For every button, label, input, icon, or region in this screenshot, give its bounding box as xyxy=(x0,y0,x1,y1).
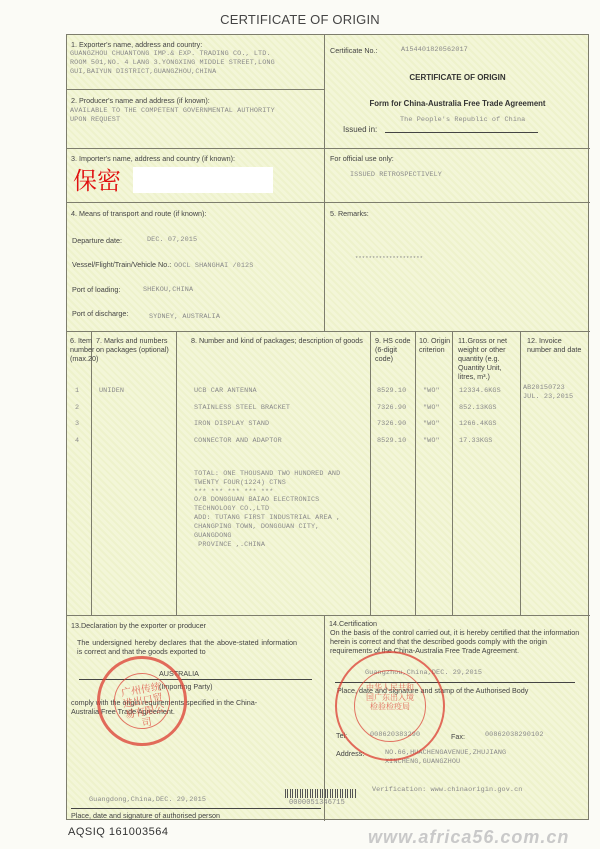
exporter-label: 1. Exporter's name, address and country: xyxy=(71,40,202,49)
issued-in-line xyxy=(385,132,538,133)
fax-label: Fax: xyxy=(451,732,465,741)
cell-origin: "WO" xyxy=(423,404,440,413)
col-hs: 9. HS code (6-digit code) xyxy=(371,332,416,616)
cell-item: 3 xyxy=(75,420,79,429)
producer-box: 2. Producer's name and address (if known… xyxy=(67,90,325,149)
authority-stamp-text: 中华人民共和国广东出入境检验检疫局 xyxy=(365,683,415,712)
invoice-date: JUL. 23,2015 xyxy=(523,393,573,402)
official-use-value: ISSUED RETROSPECTIVELY xyxy=(350,171,442,180)
verification-text: Verification: www.chinaorigin.gov.cn xyxy=(372,786,522,795)
loading-label: Port of loading: xyxy=(72,285,120,294)
cell-item: 1 xyxy=(75,387,79,396)
declaration-place-date: Guangdong,China,DEC. 29,2015 xyxy=(89,796,206,805)
cell-description: IRON DISPLAY STAND xyxy=(194,420,269,429)
remarks-value: ******************** xyxy=(355,255,423,262)
producer-line: AVAILABLE TO THE COMPETENT GOVERNMENTAL … xyxy=(70,107,275,116)
cell-weight: 12334.6KGS xyxy=(459,387,501,396)
invoice-number: AB20150723 xyxy=(523,384,565,393)
aqsiq-code: AQSIQ 161003564 xyxy=(68,826,168,838)
cell-item: 2 xyxy=(75,404,79,413)
cell-description: STAINLESS STEEL BRACKET xyxy=(194,404,290,413)
certificate-heading: CERTIFICATE OF ORIGIN xyxy=(325,73,590,82)
vessel-label: Vessel/Flight/Train/Vehicle No.: xyxy=(72,260,171,269)
certification-label: 14.Certification xyxy=(329,619,377,628)
declaration-label: 13.Declaration by the exporter or produc… xyxy=(71,621,206,630)
watermark: www.africa56.com.cn xyxy=(368,827,569,848)
declaration-signature-label: Place, date and signature of authorised … xyxy=(71,811,220,820)
official-use-box: For official use only: ISSUED RETROSPECT… xyxy=(325,149,590,203)
exporter-stamp-text: 广州传统进出口贸易有限公司 xyxy=(118,681,171,732)
total-line: CHANGPING TOWN, DONGGUAN CITY, xyxy=(194,523,340,532)
departure-value: DEC. 07,2015 xyxy=(147,236,197,245)
goods-total-description: TOTAL: ONE THOUSAND TWO HUNDRED ANDTWENT… xyxy=(194,470,340,549)
header-item: 6. Item number (max.20) xyxy=(70,336,92,363)
cell-weight: 852.13KGS xyxy=(459,404,497,413)
cell-hs: 8529.10 xyxy=(377,437,406,446)
cell-description: CONNECTOR AND ADAPTOR xyxy=(194,437,282,446)
cell-hs: 7326.90 xyxy=(377,404,406,413)
cell-marks: UNIDEN xyxy=(99,387,124,396)
producer-line: UPON REQUEST xyxy=(70,116,275,125)
exporter-line: ROOM 501,NO. 4 LANG 3.YONGXING MIDDLE ST… xyxy=(70,59,275,68)
issued-in-value: The People's Republic of China xyxy=(400,116,525,125)
barcode-number: 0000051346715 xyxy=(289,799,345,808)
header-marks: 7. Marks and numbers on packages (option… xyxy=(96,336,176,354)
certificate-header-box: Certificate No.: A154401820562017 CERTIF… xyxy=(325,35,590,149)
header-hs: 9. HS code (6-digit code) xyxy=(375,336,415,363)
header-origin: 10. Origin criterion xyxy=(419,336,453,354)
departure-label: Departure date: xyxy=(72,236,122,245)
col-item: 6. Item number (max.20) xyxy=(67,332,92,616)
barcode xyxy=(285,789,357,798)
remarks-label: 5. Remarks: xyxy=(330,209,369,218)
total-line: TWENTY FOUR(1224) CTNS xyxy=(194,479,340,488)
total-line: TECHNOLOGY CO.,LTD xyxy=(194,505,340,514)
col-weight: 11.Gross or net weight or other quantity… xyxy=(453,332,521,616)
header-description: 8. Number and kind of packages; descript… xyxy=(191,336,366,345)
loading-value: SHEKOU,CHINA xyxy=(143,286,193,295)
exporter-value: GUANGZHOU CHUANTONG IMP.& EXP. TRADING C… xyxy=(70,50,275,76)
fax-value: 00862038290102 xyxy=(485,731,544,740)
certificate-no-value: A154401820562017 xyxy=(401,46,468,55)
redaction-box xyxy=(133,167,273,193)
cell-hs: 8529.10 xyxy=(377,387,406,396)
cell-origin: "WO" xyxy=(423,387,440,396)
exporter-line: GUI,BAIYUN DISTRICT,GUANGZHOU,CHINA xyxy=(70,68,275,77)
cell-origin: "WO" xyxy=(423,420,440,429)
total-line: PROVINCE ,.CHINA xyxy=(194,541,340,550)
form-title: Form for China-Australia Free Trade Agre… xyxy=(325,99,590,108)
document-title: CERTIFICATE OF ORIGIN xyxy=(0,12,600,27)
certificate-form: 1. Exporter's name, address and country:… xyxy=(66,34,589,820)
total-line: ADD: TUTANG FIRST INDUSTRIAL AREA , xyxy=(194,514,340,523)
certificate-no-label: Certificate No.: xyxy=(330,46,378,55)
cell-hs: 7326.90 xyxy=(377,420,406,429)
cell-weight: 17.33KGS xyxy=(459,437,492,446)
exporter-stamp: 广州传统进出口贸易有限公司 xyxy=(90,649,194,753)
total-line: *** *** *** *** *** xyxy=(194,488,340,497)
certification-box: 14.Certification On the basis of the con… xyxy=(325,616,590,821)
declaration-text: The undersigned hereby declares that the… xyxy=(77,638,297,656)
exporter-line: GUANGZHOU CHUANTONG IMP.& EXP. TRADING C… xyxy=(70,50,275,59)
signature-line xyxy=(71,808,321,809)
cell-origin: "WO" xyxy=(423,437,440,446)
total-line: O/B DONGGUAN BAIAO ELECTRONICS xyxy=(194,496,340,505)
col-origin: 10. Origin criterion xyxy=(416,332,453,616)
cell-weight: 1266.4KGS xyxy=(459,420,497,429)
col-invoice: 12. Invoice number and date AB20150723 J… xyxy=(521,332,590,616)
col-marks: 7. Marks and numbers on packages (option… xyxy=(92,332,177,616)
discharge-value: SYDNEY, AUSTRALIA xyxy=(149,313,220,322)
producer-label: 2. Producer's name and address (if known… xyxy=(71,96,210,105)
issued-in-label: Issued in: xyxy=(343,125,377,135)
transport-box: 4. Means of transport and route (if know… xyxy=(67,203,325,332)
header-invoice: 12. Invoice number and date xyxy=(527,336,587,354)
exporter-box: 1. Exporter's name, address and country:… xyxy=(67,35,325,90)
cell-item: 4 xyxy=(75,437,79,446)
producer-value: AVAILABLE TO THE COMPETENT GOVERNMENTAL … xyxy=(70,107,275,125)
cell-description: UCB CAR ANTENNA xyxy=(194,387,257,396)
importer-box: 3. Importer's name, address and country … xyxy=(67,149,325,203)
redacted-text: 保密 xyxy=(73,161,121,196)
total-line: TOTAL: ONE THOUSAND TWO HUNDRED AND xyxy=(194,470,340,479)
discharge-label: Port of discharge: xyxy=(72,309,128,318)
transport-label: 4. Means of transport and route (if know… xyxy=(71,209,206,218)
vessel-value: OOCL SHANGHAI /012S xyxy=(174,262,253,271)
official-use-label: For official use only: xyxy=(330,154,394,163)
authority-stamp: 中华人民共和国广东出入境检验检疫局 xyxy=(335,651,445,761)
total-line: GUANGDONG xyxy=(194,532,340,541)
remarks-box: 5. Remarks: ******************** xyxy=(325,203,590,332)
header-weight: 11.Gross or net weight or other quantity… xyxy=(458,336,518,381)
certification-text: On the basis of the control carried out,… xyxy=(330,628,585,655)
